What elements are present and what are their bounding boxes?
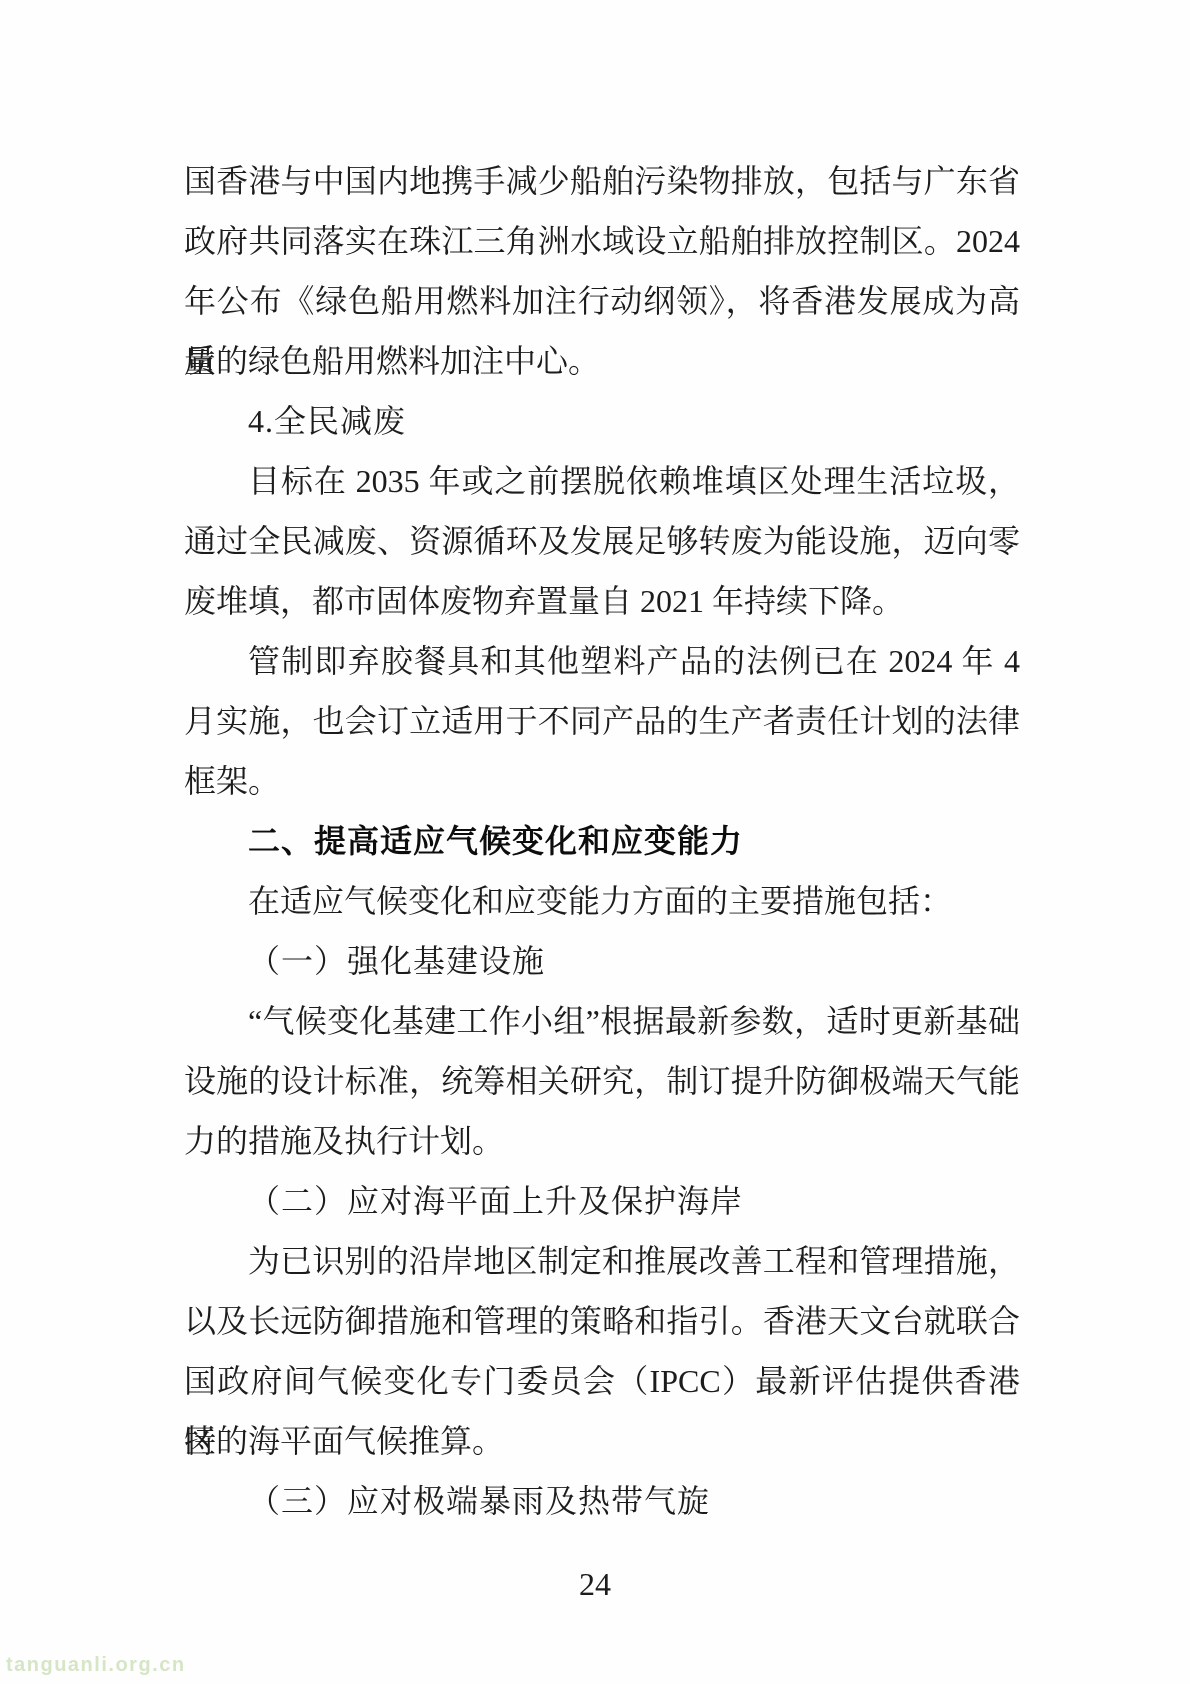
doc-line: 设施的设计标准，统筹相关研究，制订提升防御极端天气能 [184, 1051, 1020, 1111]
subsection-heading: （二）应对海平面上升及保护海岸 [184, 1171, 1020, 1231]
doc-line: 目标在 2035 年或之前摆脱依赖堆填区处理生活垃圾， [184, 451, 1020, 511]
doc-line: 为已识别的沿岸地区制定和推展改善工程和管理措施， [184, 1231, 1020, 1291]
document-page: 国香港与中国内地携手减少船舶污染物排放，包括与广东省 政府共同落实在珠江三角洲水… [0, 0, 1190, 1684]
section-heading: 二、提高适应气候变化和应变能力 [184, 811, 1020, 871]
doc-line: 在适应气候变化和应变能力方面的主要措施包括： [184, 871, 1020, 931]
page-number: 24 [0, 1563, 1190, 1605]
doc-line: 国香港与中国内地携手减少船舶污染物排放，包括与广东省 [184, 151, 1020, 211]
doc-line: 量的绿色船用燃料加注中心。 [184, 331, 1020, 391]
doc-line: 以及长远防御措施和管理的策略和指引。香港天文台就联合 [184, 1291, 1020, 1351]
subsection-heading: （一）强化基建设施 [184, 931, 1020, 991]
doc-line: “气候变化基建工作小组”根据最新参数，适时更新基础 [184, 991, 1020, 1051]
watermark: tanguanli.org.cn [6, 1652, 186, 1678]
subsection-heading: 4.全民减废 [184, 391, 1020, 451]
doc-line: 政府共同落实在珠江三角洲水域设立船舶排放控制区。2024 [184, 211, 1020, 271]
doc-line: 废堆填，都市固体废物弃置量自 2021 年持续下降。 [184, 571, 1020, 631]
doc-line: 年公布《绿色船用燃料加注行动纲领》，将香港发展成为高质 [184, 271, 1020, 331]
doc-line: 区的海平面气候推算。 [184, 1411, 1020, 1471]
subsection-heading: （三）应对极端暴雨及热带气旋 [184, 1471, 1020, 1531]
doc-line: 力的措施及执行计划。 [184, 1111, 1020, 1171]
doc-line: 月实施，也会订立适用于不同产品的生产者责任计划的法律 [184, 691, 1020, 751]
doc-line: 国政府间气候变化专门委员会（IPCC）最新评估提供香港特 [184, 1351, 1020, 1411]
text-block: 国香港与中国内地携手减少船舶污染物排放，包括与广东省 政府共同落实在珠江三角洲水… [184, 151, 1020, 1531]
doc-line: 通过全民减废、资源循环及发展足够转废为能设施，迈向零 [184, 511, 1020, 571]
doc-line: 框架。 [184, 751, 1020, 811]
doc-line: 管制即弃胶餐具和其他塑料产品的法例已在 2024 年 4 [184, 631, 1020, 691]
